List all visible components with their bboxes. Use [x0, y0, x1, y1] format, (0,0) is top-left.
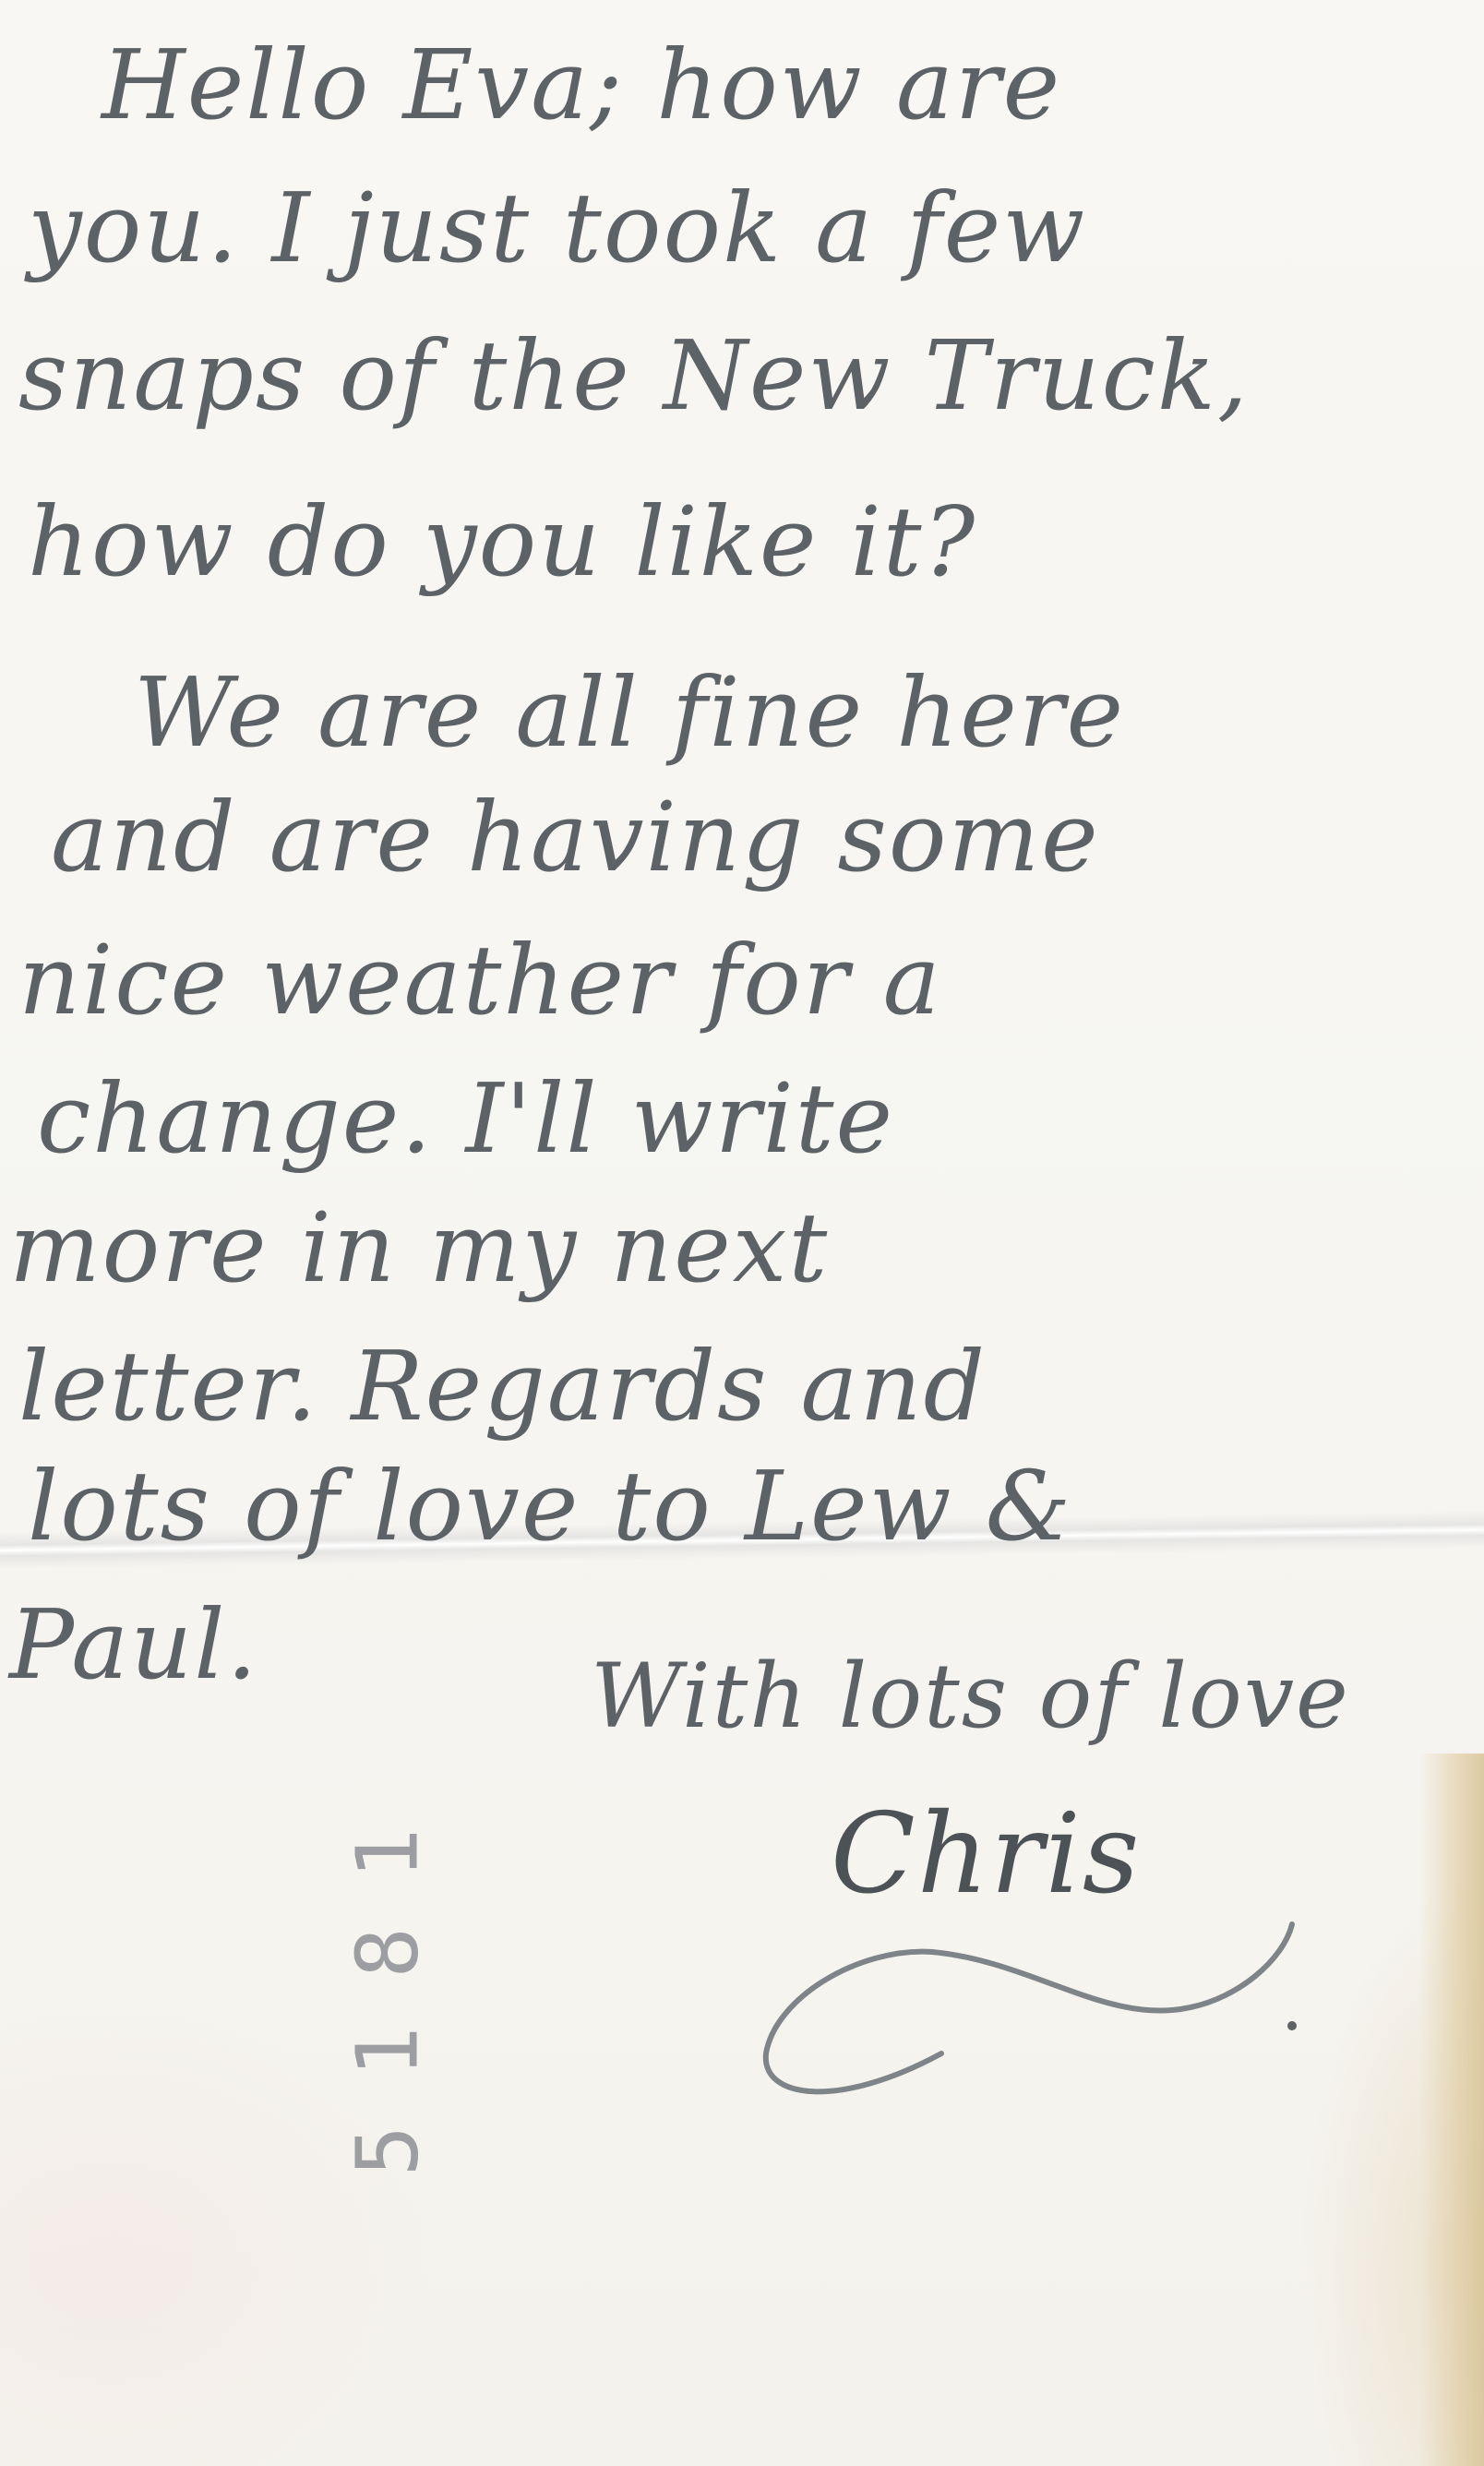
paper-edge-stain	[1419, 1754, 1484, 2466]
signature-flourish	[757, 1897, 1310, 2118]
letter-line-9: more in my next	[9, 1200, 829, 1296]
letter-line-6: and are having some	[51, 789, 1100, 885]
letter-closing: With lots of love	[591, 1652, 1350, 1741]
letter-line-11: lots of love to Lew &	[28, 1458, 1072, 1554]
letter-line-2: you. I just took a few	[28, 180, 1086, 276]
letter-signature: Chris	[831, 1800, 1141, 1910]
letter-line-5: We are all fine here	[134, 664, 1125, 760]
letter-line-3: snaps of the New Truck,	[18, 328, 1250, 424]
letter-line-7: nice weather for a	[18, 932, 942, 1028]
letter-line-12: Paul.	[9, 1597, 259, 1693]
letter-line-4: how do you like it?	[28, 494, 976, 590]
letter-line-10: letter. Regards and	[18, 1338, 987, 1434]
stamped-number: 5181	[339, 1748, 437, 2209]
letter-line-8: change. I'll write	[37, 1071, 894, 1167]
letter-line-1: Hello Eva; how are	[102, 37, 1061, 133]
